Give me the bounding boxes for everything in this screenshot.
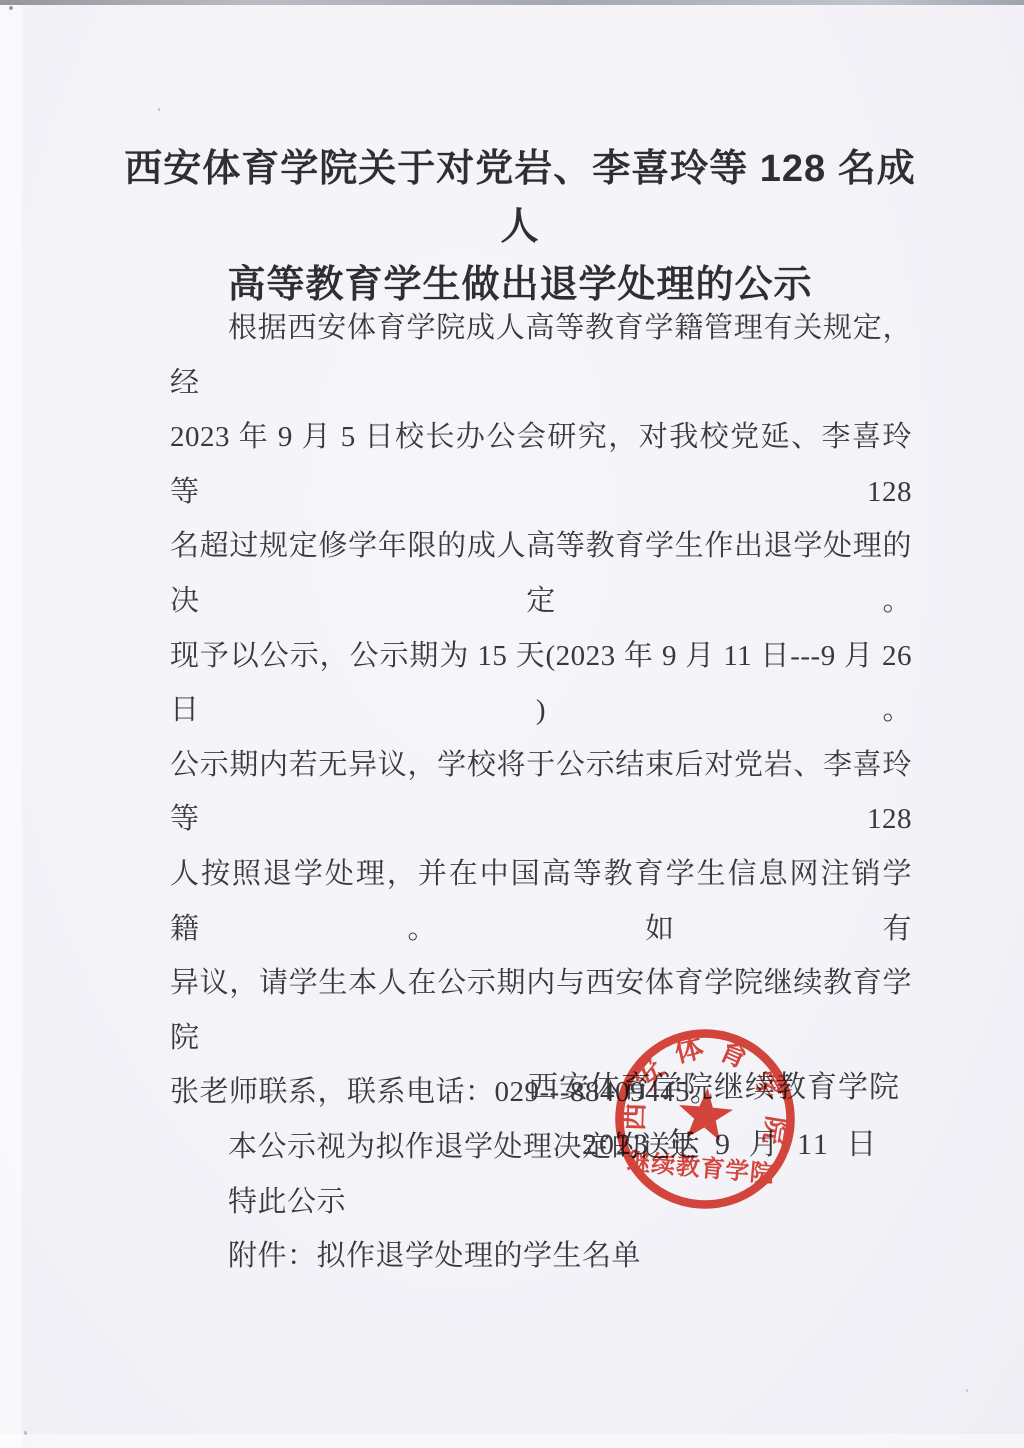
notice-title-line1: 西安体育学院关于对党岩、李喜玲等 128 名成人 — [120, 140, 920, 256]
notice-line: 公示期内若无异议，学校将于公示结束后对党岩、李喜玲等 128 — [170, 738, 912, 847]
notice-line: 人按照退学处理，并在中国高等教育学生信息网注销学籍。如有 — [170, 847, 912, 956]
scan-speck — [9, 6, 13, 10]
seal-graphic: 西安体育学院 继续教育学院 — [602, 1016, 808, 1222]
notice-line: 2023 年 9 月 5 日校长办公会研究，对我校党延、李喜玲等 128 — [170, 410, 912, 519]
notice-title: 西安体育学院关于对党岩、李喜玲等 128 名成人 高等教育学生做出退学处理的公示 — [120, 140, 920, 314]
scan-edge-left — [0, 5, 22, 1448]
notice-line: 附件：拟作退学处理的学生名单 — [170, 1229, 912, 1284]
scan-edge-top — [0, 0, 1024, 5]
scan-speck — [966, 1389, 968, 1392]
notice-line: 根据西安体育学院成人高等教育学籍管理有关规定，经 — [170, 301, 912, 410]
scan-speck — [158, 108, 160, 111]
notice-line: 现予以公示，公示期为 15 天(2023 年 9 月 11 日---9 月 26… — [170, 629, 912, 738]
seal-star-icon — [676, 1085, 734, 1141]
scan-edge-bottom — [0, 1434, 1024, 1448]
notice-line: 名超过规定修学年限的成人高等教育学生作出退学处理的决定。 — [170, 519, 912, 628]
notice-line: 特此公示 — [170, 1175, 912, 1230]
scanned-notice-page: 西安体育学院关于对党岩、李喜玲等 128 名成人 高等教育学生做出退学处理的公示… — [0, 0, 1024, 1448]
scan-speck — [24, 1431, 27, 1435]
official-seal-stamp: 西安体育学院 继续教育学院 — [602, 1016, 808, 1222]
